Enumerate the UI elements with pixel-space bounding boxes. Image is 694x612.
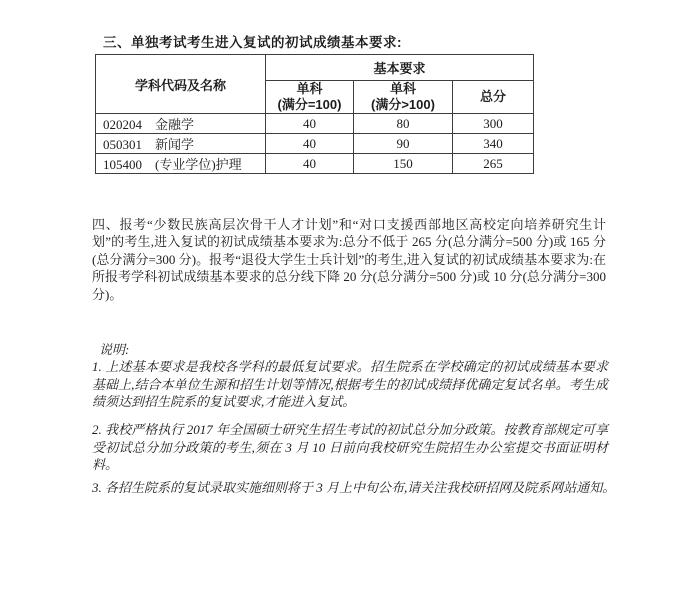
cell-total: 300 (453, 114, 534, 134)
subject-code: 050301 (103, 137, 142, 152)
header-line: 单科 (266, 81, 353, 97)
cell-subject: 050301新闻学 (96, 134, 266, 154)
scores-table: 学科代码及名称 基本要求 单科 (满分=100) 单科 (满分>100) 总分 (95, 54, 534, 174)
section3-heading: 三、单独考试考生进入复试的初试成绩基本要求: (103, 31, 402, 51)
cell-single-gt100: 150 (354, 154, 453, 174)
cell-single-gt100: 80 (354, 114, 453, 134)
subject-name: (专业学位)护理 (155, 157, 242, 172)
header-cell-total-score: 总分 (453, 81, 534, 114)
subject-name: 新闻学 (155, 137, 194, 152)
table-header-row-group: 学科代码及名称 基本要求 (96, 55, 534, 81)
table-row: 050301新闻学 40 90 340 (96, 134, 534, 154)
cell-subject: 020204金融学 (96, 114, 266, 134)
header-cell-subject-code-name: 学科代码及名称 (96, 55, 266, 114)
section4-paragraph: 四、报考“少数民族高层次骨干人才计划”和“对口支援西部地区高校定向培养研究生计划… (92, 216, 606, 303)
table-row: 105400(专业学位)护理 40 150 265 (96, 154, 534, 174)
note-item-3: 3. 各招生院系的复试录取实施细则将于 3 月上中旬公布,请关注我校研招网及院系… (92, 479, 652, 497)
header-line: (满分=100) (266, 97, 353, 113)
note-item-1: 1. 上述基本要求是我校各学科的最低复试要求。招生院系在学校确定的初试成绩基本要… (92, 358, 608, 411)
cell-single-eq100: 40 (266, 154, 354, 174)
subject-code: 020204 (103, 117, 142, 132)
cell-total: 265 (453, 154, 534, 174)
header-cell-single-subject-gt100: 单科 (满分>100) (354, 81, 453, 114)
header-cell-single-subject-eq100: 单科 (满分=100) (266, 81, 354, 114)
cell-subject: 105400(专业学位)护理 (96, 154, 266, 174)
header-cell-basic-requirements: 基本要求 (266, 55, 534, 81)
header-line: 单科 (354, 81, 452, 97)
subject-code: 105400 (103, 157, 142, 172)
table-row: 020204金融学 40 80 300 (96, 114, 534, 134)
subject-name: 金融学 (155, 117, 194, 132)
notes-heading: 说明: (99, 339, 129, 358)
cell-single-eq100: 40 (266, 134, 354, 154)
header-line: 总分 (453, 89, 533, 105)
header-line: (满分>100) (354, 97, 452, 113)
cell-single-eq100: 40 (266, 114, 354, 134)
cell-single-gt100: 90 (354, 134, 453, 154)
cell-total: 340 (453, 134, 534, 154)
document-page: 三、单独考试考生进入复试的初试成绩基本要求: 学科代码及名称 基本要求 单科 (… (0, 0, 694, 612)
note-item-2: 2. 我校严格执行 2017 年全国硕士研究生招生考试的初试总分加分政策。按教育… (92, 421, 608, 474)
